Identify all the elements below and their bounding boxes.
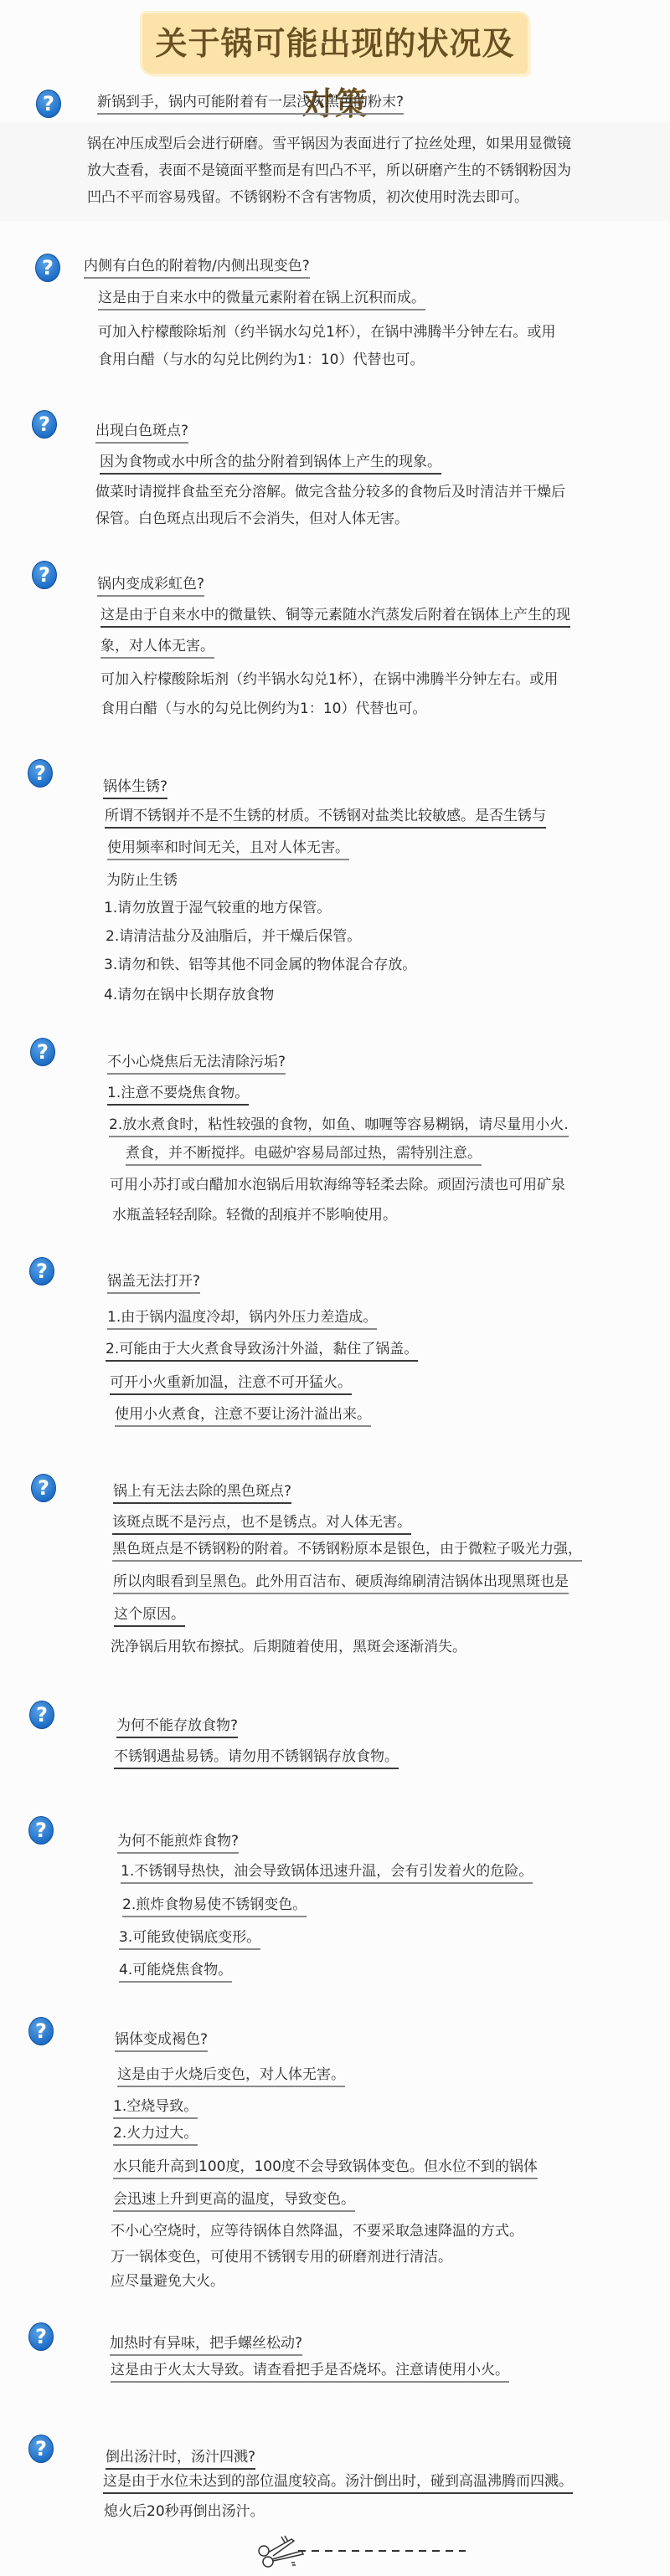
question-heading: 锅上有无法去除的黑色斑点? — [113, 1481, 291, 1504]
answer-line: 食用白醋（与水的勾兑比例约为1：10）代替也可。 — [100, 699, 426, 719]
list-item: 2.可能由于大火煮食导致汤汁外溢，黏住了锅盖。 — [106, 1339, 418, 1362]
answer-line: 会迅速上升到更高的温度，导致变色。 — [113, 2189, 355, 2212]
list-item: 2.请清洁盐分及油脂后，并干燥后保管。 — [106, 926, 361, 947]
list-item: 1.由于锅内温度冷却，锅内外压力差造成。 — [107, 1307, 377, 1330]
answer-line: 煮食，并不断搅拌。电磁炉容易局部过热，需特别注意。 — [126, 1143, 482, 1166]
question-heading: 新锅到手，锅内可能附着有一层浅灰黑色的粉末? — [97, 92, 404, 115]
answer-line: 为防止生锈 — [106, 870, 178, 890]
page-title: 关于锅可能出现的状况及对策 — [142, 13, 528, 74]
answer-line: 保管。白色斑点出现后不会消失，但对人体无害。 — [95, 509, 409, 529]
question-mark-icon: ? — [28, 2322, 54, 2351]
answer-line: 黑色斑点是不锈钢粉的附着。不锈钢粉原本是银色，由于微粒子吸光力强， — [112, 1539, 582, 1562]
question-heading: 出现白色斑点? — [95, 421, 188, 444]
list-item: 3.请勿和铁、铝等其他不同金属的物体混合存放。 — [104, 955, 416, 975]
answer-line: 不小心空烧时，应等待锅体自然降温，不要采取急速降温的方式。 — [111, 2221, 523, 2241]
list-item: 2.放水煮食时，粘性较强的食物，如鱼、咖喱等容易糊锅，请尽量用小火. — [109, 1115, 569, 1137]
question-mark-icon: ? — [28, 759, 53, 788]
answer-line: 熄火后20秒再倒出汤汁。 — [104, 2502, 265, 2522]
answer-line: 洗净锅后用软布擦拭。后期随着使用，黑斑会逐渐消失。 — [111, 1637, 466, 1657]
question-heading: 锅体生锈? — [103, 777, 167, 799]
answer-line: 这是由于火太大导致。请查看把手是否烧坏。注意请使用小火。 — [111, 2360, 509, 2383]
question-heading: 锅盖无法打开? — [107, 1271, 200, 1294]
question-mark-icon: ? — [28, 2017, 54, 2045]
question-mark-icon: ? — [29, 1257, 54, 1285]
list-item: 4.请勿在锅中长期存放食物 — [104, 985, 274, 1005]
answer-line: 做菜时请搅拌食盐至充分溶解。做完含盐分较多的食物后及时清洁并干燥后 — [95, 482, 565, 502]
question-mark-icon: ? — [29, 1701, 54, 1729]
list-item: 4.可能烧焦食物。 — [119, 1960, 232, 1983]
question-mark-icon: ? — [28, 1816, 54, 1845]
question-mark-icon: ? — [32, 561, 57, 589]
title-banner: 关于锅可能出现的状况及对策 — [142, 13, 528, 74]
question-mark-icon: ? — [36, 90, 61, 118]
answer-line: 使用小火煮食，注意不要让汤汁溢出来。 — [115, 1404, 371, 1427]
answer-line: 凹凸不平而容易残留。不锈钢粉不含有害物质，初次使用时洗去即可。 — [87, 187, 528, 208]
list-item: 2.煎炸食物易使不锈钢变色。 — [122, 1895, 307, 1917]
list-item: 1.空烧导致。 — [113, 2096, 198, 2119]
question-heading: 内侧有白色的附着物/内侧出现变色? — [84, 256, 310, 279]
question-mark-icon: ? — [28, 2435, 54, 2463]
answer-line: 水瓶盖轻轻刮除。轻微的刮痕并不影响使用。 — [112, 1205, 397, 1225]
answer-line: 这是由于自来水中的微量铁、铜等元素随水汽蒸发后附着在锅体上产生的现 — [100, 605, 570, 628]
question-heading: 加热时有异味，把手螺丝松动? — [110, 2333, 302, 2356]
list-item: 1.请勿放置于湿气较重的地方保管。 — [104, 898, 331, 918]
question-heading: 锅内变成彩虹色? — [97, 574, 204, 597]
answer-line: 这是由于火烧后变色，对人体无害。 — [117, 2065, 345, 2087]
answer-line: 这是由于水位未达到的部位温度较高。汤汁倒出时，碰到高温沸腾而四溅。 — [103, 2471, 573, 2494]
question-mark-icon: ? — [31, 1474, 56, 1502]
question-mark-icon: ? — [32, 410, 57, 439]
answer-line: 可加入柠檬酸除垢剂（约半锅水勾兑1杯），在锅中沸腾半分钟左右。或用 — [100, 670, 558, 690]
question-heading: 为何不能存放食物? — [116, 1716, 238, 1738]
question-mark-icon: ? — [35, 254, 60, 282]
answer-line: 因为食物或水中所含的盐分附着到锅体上产生的现象。 — [100, 452, 441, 475]
question-heading: 为何不能煎炸食物? — [117, 1831, 239, 1854]
question-heading: 倒出汤汁时，汤汁四溅? — [106, 2447, 255, 2470]
answer-line: 该斑点既不是污点，也不是锈点。对人体无害。 — [112, 1512, 411, 1535]
answer-line: 应尽量避免大火。 — [111, 2271, 224, 2291]
answer-line: 可用小苏打或白醋加水泡锅后用软海绵等轻柔去除。顽固污渍也可用矿泉 — [110, 1175, 565, 1195]
answer-line: 这个原因。 — [114, 1604, 185, 1627]
question-heading: 锅体变成褐色? — [115, 2029, 208, 2052]
answer-line: 放大查看，表面不是镜面平整而是有凹凸不平，所以研磨产生的不锈钢粉因为 — [87, 161, 571, 181]
answer-line: 万一锅体变色，可使用不锈钢专用的研磨剂进行清洁。 — [111, 2247, 452, 2267]
answer-line: 所以肉眼看到呈黑色。此外用百洁布、硬质海绵刷清洁锅体出现黑斑也是 — [113, 1572, 569, 1594]
question-heading: 不小心烧焦后无法清除污垢? — [107, 1052, 286, 1075]
answer-line: 可加入柠檬酸除垢剂（约半锅水勾兑1杯），在锅中沸腾半分钟左右。或用 — [98, 322, 555, 342]
answer-line: 这是由于自来水中的微量元素附着在锅上沉积而成。 — [98, 288, 425, 310]
answer-line: 使用频率和时间无关，且对人体无害。 — [107, 838, 349, 860]
list-item: 1.注意不要烧焦食物。 — [107, 1083, 249, 1106]
answer-line: 可开小火重新加温，注意不可开猛火。 — [110, 1373, 352, 1395]
list-item: 1.不锈钢导热快，油会导致锅体迅速升温，会有引发着火的危险。 — [121, 1861, 533, 1884]
answer-line: 食用白醋（与水的勾兑比例约为1：10）代替也可。 — [98, 350, 424, 370]
answer-line: 象，对人体无害。 — [100, 636, 214, 659]
answer-line: 所谓不锈钢并不是不生锈的材质。不锈钢对盐类比较敏感。是否生锈与 — [105, 806, 546, 829]
scissors-icon — [251, 2534, 469, 2568]
answer-line: 锅在冲压成型后会进行研磨。雪平锅因为表面进行了拉丝处理，如果用显微镜 — [87, 134, 571, 154]
answer-line: 不锈钢遇盐易锈。请勿用不锈钢锅存放食物。 — [114, 1747, 399, 1769]
question-mark-icon: ? — [30, 1038, 55, 1066]
list-item: 3.可能致使锅底变形。 — [119, 1927, 260, 1950]
list-item: 2.火力过大。 — [113, 2123, 198, 2146]
answer-line: 水只能升高到100度，100度不会导致锅体变色。但水位不到的锅体 — [113, 2157, 538, 2179]
